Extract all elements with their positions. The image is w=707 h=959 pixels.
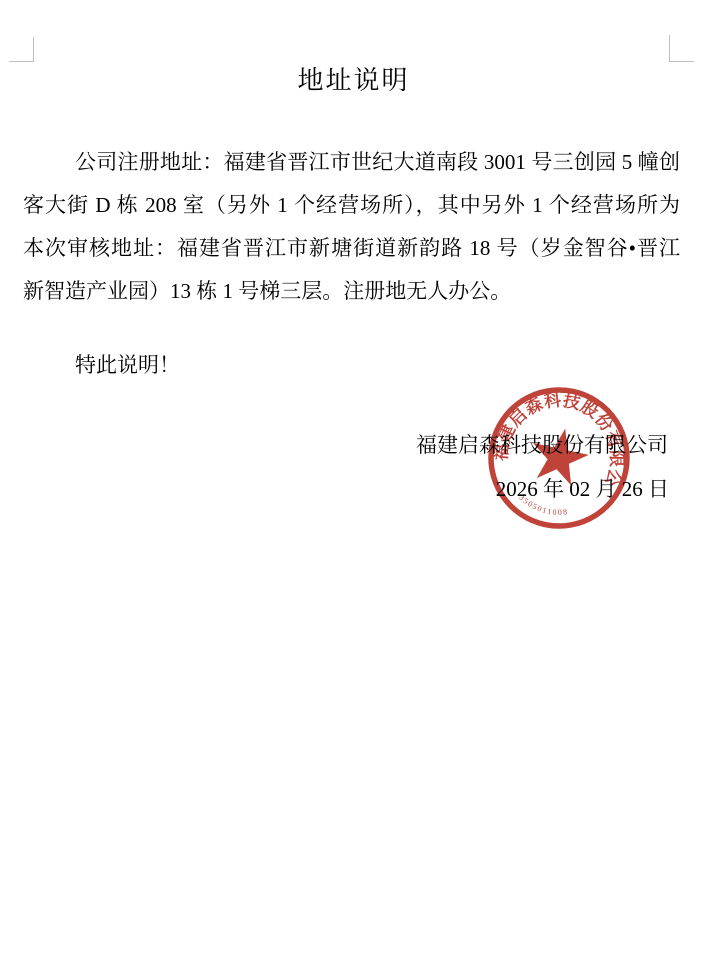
signature-date: 2026 年 02 月 26 日: [0, 468, 669, 511]
body-line: 新智造产业园）13 栋 1 号梯三层。注册地无人办公。: [23, 270, 680, 313]
signature-company-name: 福建启森科技股份有限公司: [0, 424, 668, 467]
body-line: 公司注册地址：福建省晋江市世纪大道南段 3001 号三创园 5 幢创: [23, 141, 680, 184]
body-paragraph: 公司注册地址：福建省晋江市世纪大道南段 3001 号三创园 5 幢创 客大街 D…: [23, 141, 680, 313]
body-line: 本次审核地址：福建省晋江市新塘街道新韵路 18 号（岁金智谷•晋江: [23, 227, 680, 270]
document-title: 地址说明: [0, 60, 707, 97]
text-boundary-mark-top-left: [9, 37, 34, 62]
closing-statement: 特此说明！: [23, 344, 680, 387]
text-boundary-mark-top-right: [669, 35, 694, 62]
body-line: 客大街 D 栋 208 室（另外 1 个经营场所），其中另外 1 个经营场所为: [23, 184, 680, 227]
document-page: 地址说明 公司注册地址：福建省晋江市世纪大道南段 3001 号三创园 5 幢创 …: [0, 0, 707, 959]
